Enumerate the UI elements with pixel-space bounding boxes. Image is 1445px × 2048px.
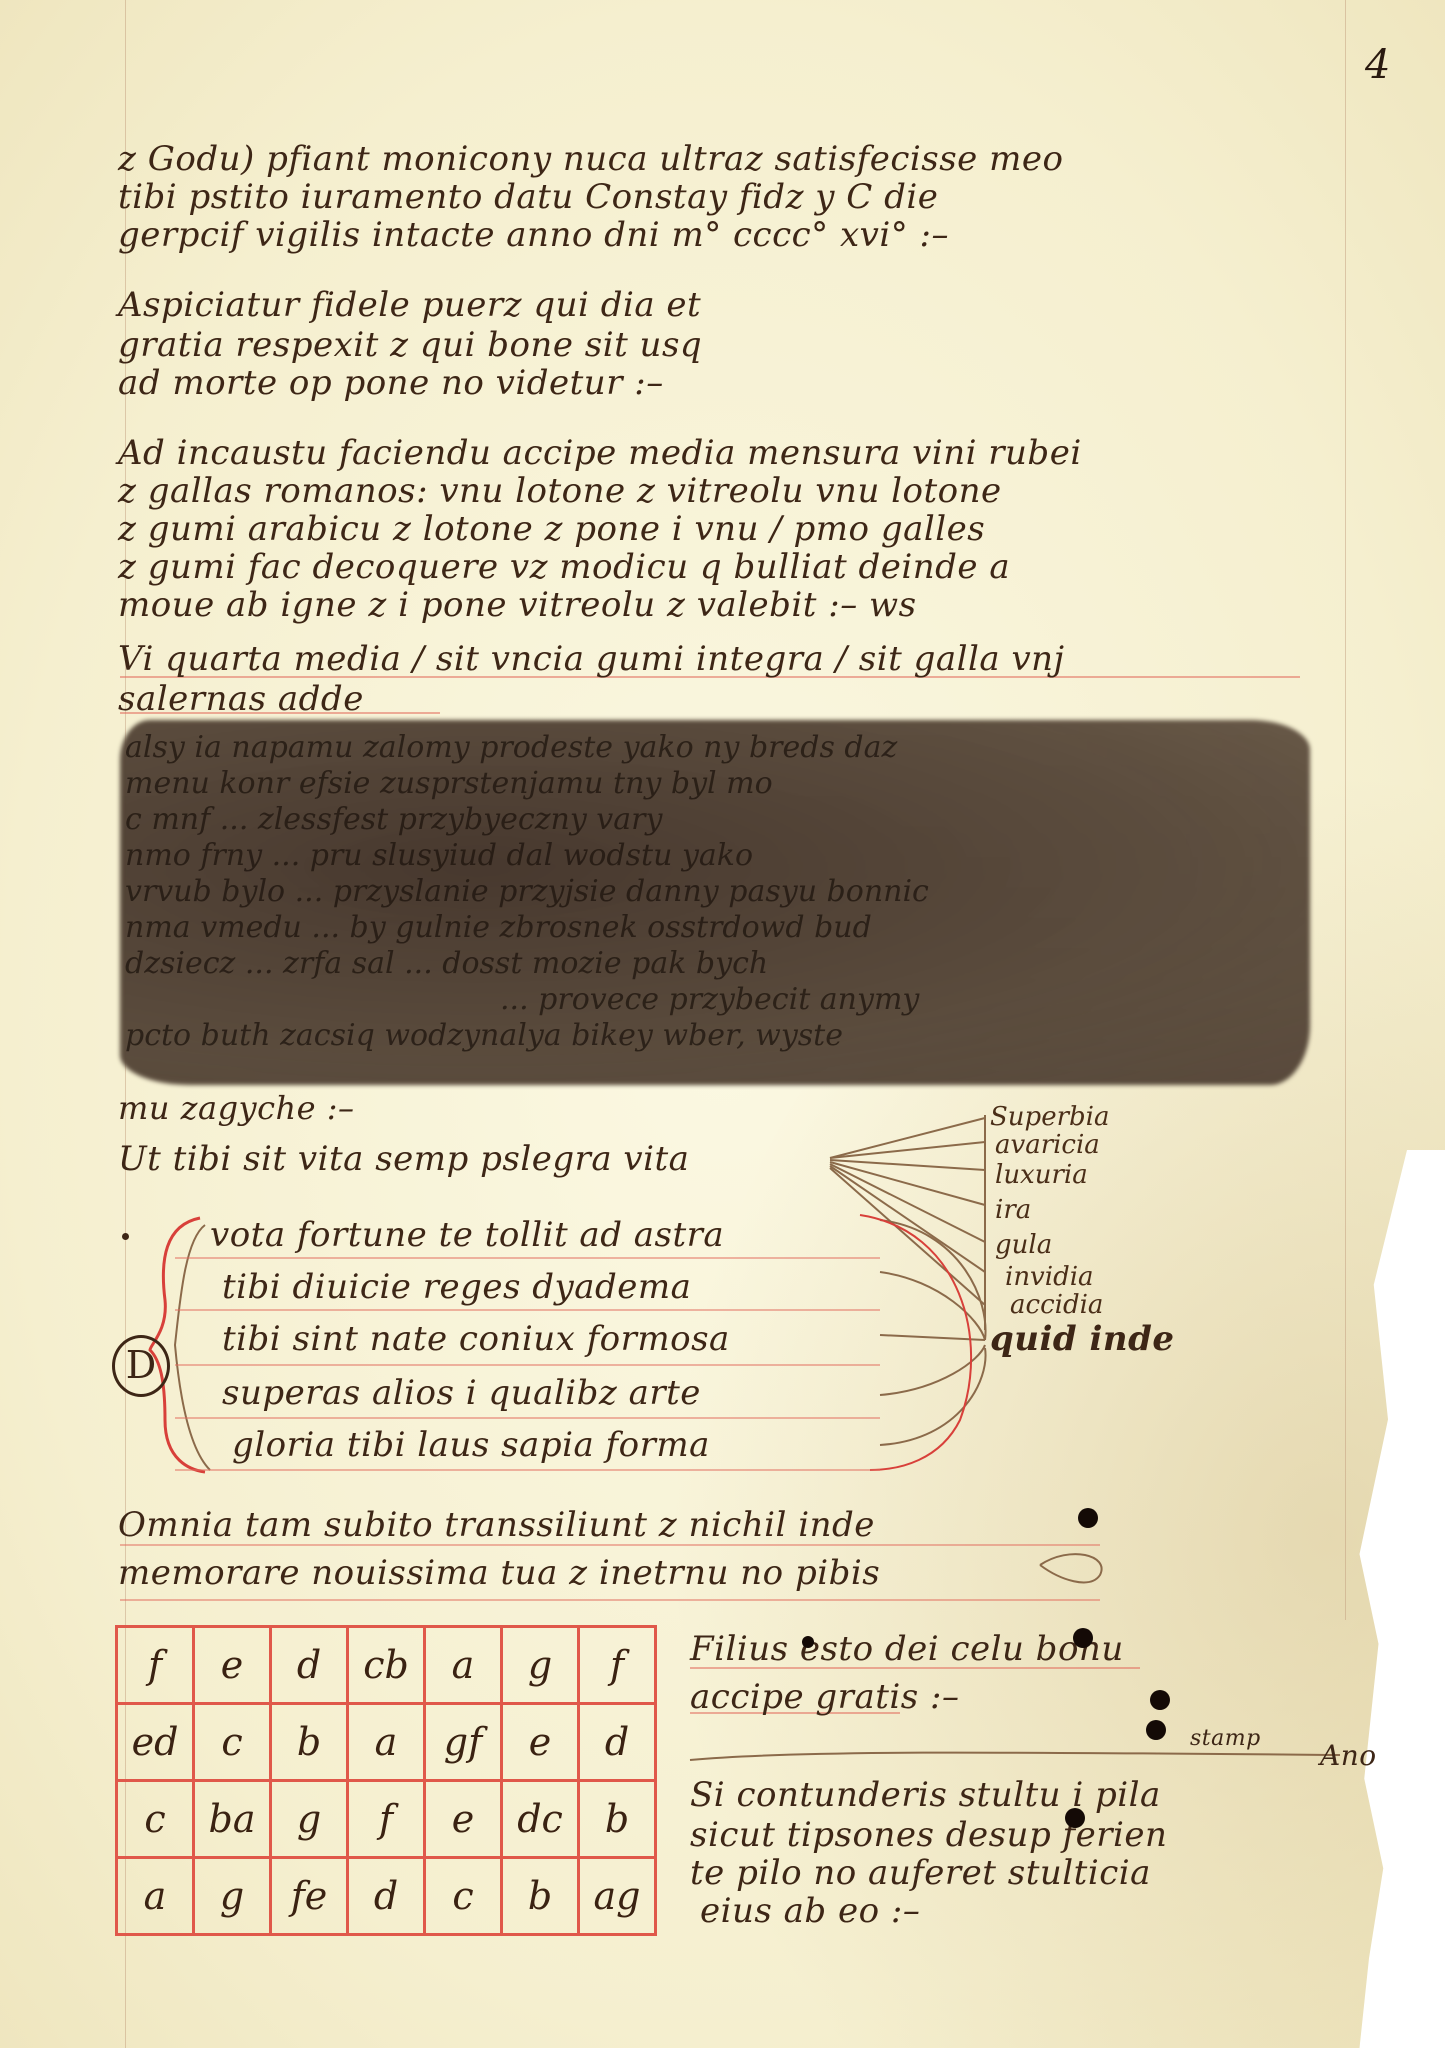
vice-item: Superbia bbox=[990, 1102, 1109, 1132]
closing-line: Omnia tam subito transsiliunt z nichil i… bbox=[118, 1508, 875, 1542]
vice-item: ira bbox=[995, 1195, 1031, 1225]
text-line: gerpcif vigilis intacte anno dni m° cccc… bbox=[118, 218, 949, 252]
table-cell: gf bbox=[425, 1704, 502, 1781]
table-cell: f bbox=[117, 1627, 194, 1704]
ink-dot bbox=[1146, 1720, 1166, 1740]
table-cell: b bbox=[579, 1781, 656, 1858]
ink-dot bbox=[1078, 1508, 1098, 1528]
table-row: f e d cb a g f bbox=[117, 1627, 656, 1704]
table-cell: g bbox=[271, 1781, 348, 1858]
interlinear-note: stamp bbox=[1190, 1728, 1261, 1750]
table-cell: a bbox=[425, 1627, 502, 1704]
text-line: z gallas romanos: vnu lotone z vitreolu … bbox=[118, 474, 1002, 508]
text-line: moue ab igne z i pone vitreolu z valebit… bbox=[118, 588, 917, 622]
text-line: z Godu) pfiant monicony nuca ultraz sati… bbox=[118, 142, 1063, 176]
verse-line: tibi sint nate coniux formosa bbox=[222, 1322, 730, 1356]
table-cell: f bbox=[348, 1781, 425, 1858]
vice-item: luxuria bbox=[995, 1160, 1088, 1190]
si-contunderis-line: te pilo no auferet stulticia bbox=[690, 1856, 1151, 1890]
margin-note: Ano bbox=[1320, 1742, 1377, 1770]
table-row: a g fe d c b ag bbox=[117, 1858, 656, 1935]
table-cell: d bbox=[348, 1858, 425, 1935]
erased-line: ... provece przybecit anymy bbox=[500, 982, 919, 1017]
vice-item: gula bbox=[995, 1230, 1052, 1260]
table-cell: fe bbox=[271, 1858, 348, 1935]
table-cell: c bbox=[425, 1858, 502, 1935]
erased-line: pcto buth zacsiq wodzynalya bikey wber, … bbox=[125, 1018, 843, 1053]
ink-dot bbox=[1073, 1628, 1093, 1648]
table-cell: e bbox=[502, 1704, 579, 1781]
table-cell: g bbox=[502, 1627, 579, 1704]
erased-line: nma vmedu ... by gulnie zbrosnek osstrdo… bbox=[125, 910, 872, 945]
erased-line: c mnf ... zlessfest przybyeczny vary bbox=[125, 802, 662, 837]
table-cell: f bbox=[579, 1627, 656, 1704]
filius-line: accipe gratis :– bbox=[690, 1680, 959, 1714]
erased-line: nmo frny ... pru slusyiud dal wodstu yak… bbox=[125, 838, 753, 873]
dominical-letter-table: f e d cb a g f ed c b a gf e d c ba g bbox=[115, 1625, 657, 1936]
text-line: salernas adde bbox=[118, 682, 364, 716]
torn-edge bbox=[1350, 1150, 1445, 2048]
verse-line: vota fortune te tollit ad astra bbox=[210, 1218, 724, 1252]
verse-line: gloria tibi laus sapia forma bbox=[232, 1428, 710, 1462]
text-line: Ad incaustu faciendu accipe media mensur… bbox=[118, 436, 1082, 470]
table-cell: c bbox=[194, 1704, 271, 1781]
vice-item: avaricia bbox=[995, 1130, 1100, 1160]
table-cell: g bbox=[194, 1858, 271, 1935]
conclusion-quid-inde: quid inde bbox=[990, 1322, 1175, 1356]
table-cell: e bbox=[194, 1627, 271, 1704]
table-cell: ed bbox=[117, 1704, 194, 1781]
closing-line: memorare nouissima tua z inetrnu no pibi… bbox=[118, 1556, 880, 1590]
bracket-initial: D bbox=[112, 1335, 170, 1397]
table-cell: ba bbox=[194, 1781, 271, 1858]
text-line: gratia respexit z qui bone sit usq bbox=[118, 328, 702, 362]
rubric-underline bbox=[120, 712, 440, 714]
vice-item: invidia bbox=[1005, 1262, 1094, 1292]
table-cell: a bbox=[117, 1858, 194, 1935]
verse-line: superas alios i qualibz arte bbox=[222, 1376, 701, 1410]
table-cell: d bbox=[271, 1627, 348, 1704]
right-ruling bbox=[1345, 0, 1346, 1620]
si-contunderis-line: Si contunderis stultu i pila bbox=[690, 1778, 1161, 1812]
ink-dot bbox=[1150, 1690, 1170, 1710]
filius-line: Filius esto dei celu bonu bbox=[690, 1632, 1124, 1666]
si-contunderis-line: sicut tipsones desup ferien bbox=[690, 1818, 1167, 1852]
text-line: ad morte op pone no videtur :– bbox=[118, 366, 664, 400]
table-cell: d bbox=[579, 1704, 656, 1781]
text-line: mu zagyche :– bbox=[118, 1092, 355, 1124]
margin-dot bbox=[122, 1233, 129, 1240]
text-line: Aspiciatur fidele puerz qui dia et bbox=[118, 288, 701, 322]
intro-line: Ut tibi sit vita semp pslegra vita bbox=[118, 1142, 689, 1176]
text-line: Vi quarta media / sit vncia gumi integra… bbox=[118, 642, 1065, 676]
text-line: z gumi fac decoquere vz modicu q bulliat… bbox=[118, 550, 1010, 584]
erased-line: menu konr efsie zusprstenjamu tny byl mo bbox=[125, 766, 773, 801]
ink-dot bbox=[1065, 1808, 1085, 1828]
table-cell: a bbox=[348, 1704, 425, 1781]
table-cell: ag bbox=[579, 1858, 656, 1935]
si-contunderis-line: eius ab eo :– bbox=[700, 1894, 920, 1928]
table-row: ed c b a gf e d bbox=[117, 1704, 656, 1781]
table-cell: dc bbox=[502, 1781, 579, 1858]
text-line: z gumi arabicu z lotone z pone i vnu / p… bbox=[118, 512, 985, 546]
table-cell: b bbox=[271, 1704, 348, 1781]
erased-line: dzsiecz ... zrfa sal ... dosst mozie pak… bbox=[125, 946, 768, 981]
vice-item: accidia bbox=[1010, 1290, 1103, 1320]
manuscript-page: 4 z Godu) pfiant monicony nuca ultraz sa… bbox=[0, 0, 1445, 2048]
table-cell: e bbox=[425, 1781, 502, 1858]
erased-line: alsy ia napamu zalomy prodeste yako ny b… bbox=[125, 730, 897, 765]
text-line: tibi pstito iuramento datu Constay fidz … bbox=[118, 180, 938, 214]
table-cell: b bbox=[502, 1858, 579, 1935]
table-cell: cb bbox=[348, 1627, 425, 1704]
table-cell: c bbox=[117, 1781, 194, 1858]
page-number: 4 bbox=[1365, 42, 1390, 88]
verse-line: tibi diuicie reges dyadema bbox=[222, 1270, 691, 1304]
ink-dot bbox=[802, 1636, 814, 1648]
erased-line: vrvub bylo ... przyslanie przyjsie danny… bbox=[125, 874, 929, 909]
table-row: c ba g f e dc b bbox=[117, 1781, 656, 1858]
